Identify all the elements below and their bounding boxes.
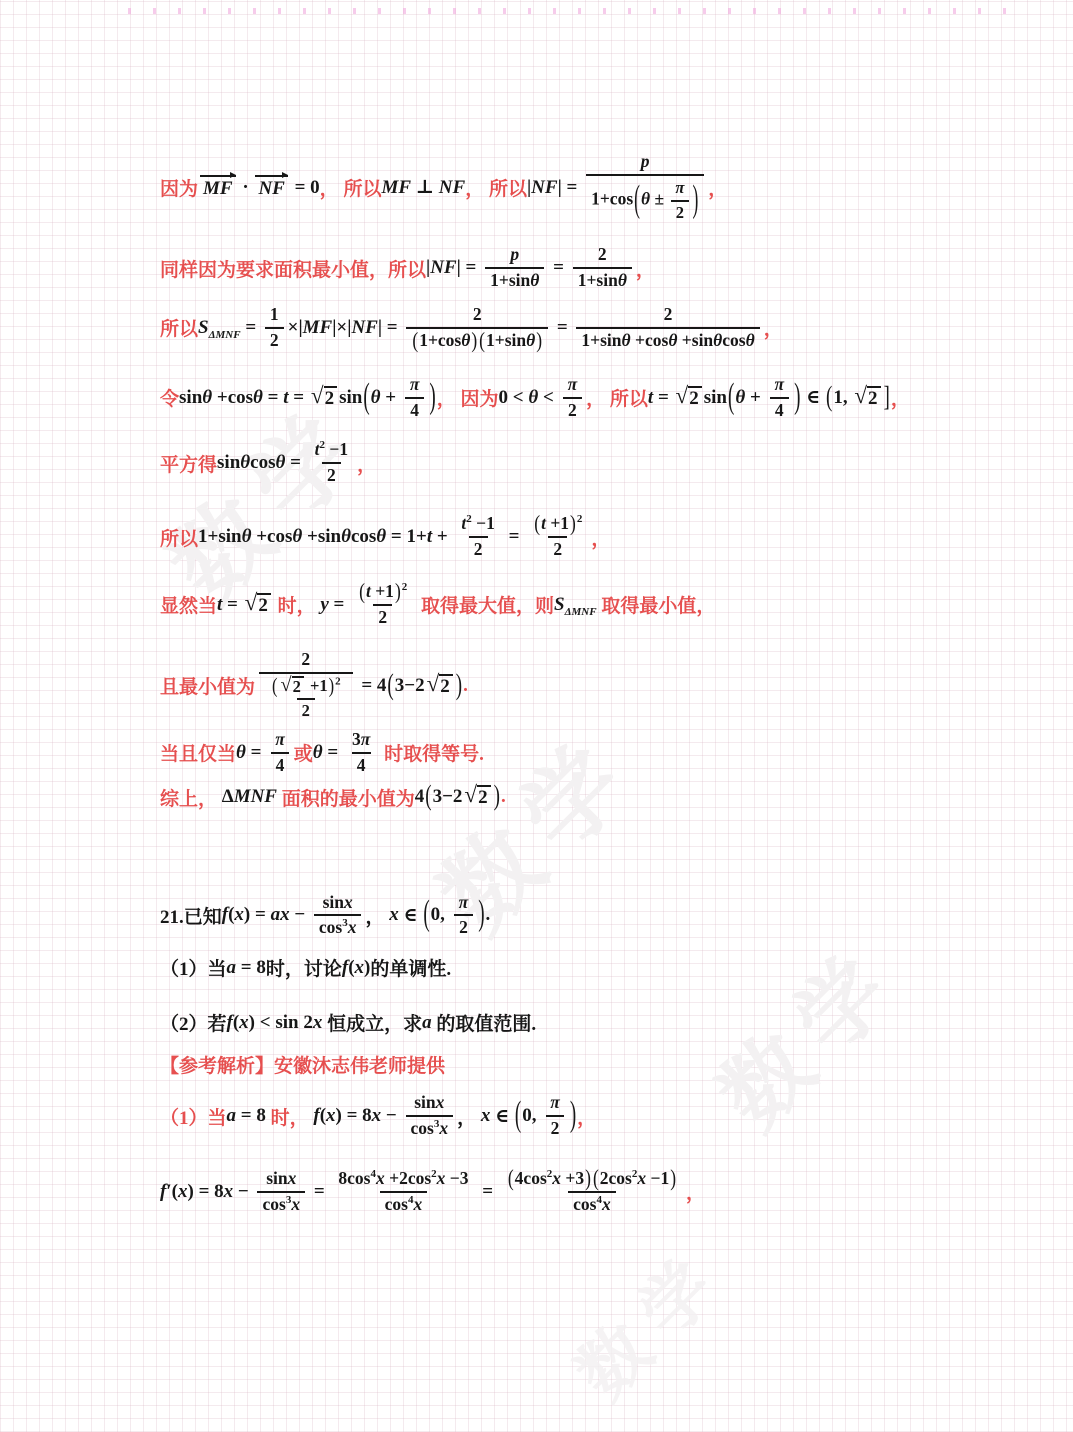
denominator: 2 (454, 914, 473, 940)
red-text: 所以 (610, 384, 648, 411)
fraction: 21+sinθ (573, 243, 632, 293)
fraction: π4 (770, 373, 790, 423)
math-text: 0, (431, 904, 450, 926)
document-content: 因为MF · NF = 0， 所以MF ⊥ NF， 所以|NF| = p1+co… (0, 0, 1073, 1217)
radical-sign-icon: √ (245, 593, 258, 617)
big-paren: ) (470, 327, 478, 354)
fraction: π2 (563, 373, 583, 423)
square-root: √2 (676, 386, 702, 410)
math-variable: θ (202, 387, 212, 409)
numerator: 2 (659, 303, 678, 327)
numerator: π (545, 1091, 565, 1115)
red-text: 所以 (489, 174, 527, 201)
math-variable: θ (341, 526, 351, 548)
math-text: +3 (561, 1168, 584, 1188)
denominator: 4 (271, 752, 290, 778)
math-variable: NF (430, 257, 456, 279)
math-variable: θ (618, 270, 627, 290)
radicand: 2 (324, 386, 338, 410)
math-variable: a (227, 1105, 237, 1127)
red-text: 平方得 (160, 450, 217, 477)
math-text: −1 (325, 439, 348, 459)
superscript: 2 (402, 581, 408, 593)
problem-21-part-1: （1）当a = 8时，讨论f(x)的单调性. (160, 954, 1043, 981)
math-text: 2 (676, 203, 684, 222)
math-variable: ax (271, 904, 290, 926)
big-paren: ) (793, 377, 801, 419)
numerator: (t +1)2 (353, 580, 412, 604)
math-text: ∈ (490, 1105, 514, 1128)
math-text: 2 (478, 787, 488, 808)
math-text: sin (217, 452, 240, 474)
math-text: 2 (258, 595, 268, 616)
denominator: 1+sinθ +cosθ +sinθcosθ (576, 327, 759, 353)
red-text: 所以 (343, 174, 381, 201)
math-text: cos (573, 1194, 596, 1214)
math-text: 2 (551, 1118, 560, 1138)
math-text: ) = (244, 904, 271, 926)
math-variable: θ (242, 526, 252, 548)
math-text: 21.已知 (160, 902, 222, 929)
math-text: + (432, 526, 452, 548)
math-text: 1, (833, 387, 852, 409)
math-text: = (222, 594, 242, 616)
numerator: π (770, 373, 790, 397)
math-text: ， (365, 902, 389, 929)
red-text: 时， (273, 591, 321, 618)
math-variable: MNF (234, 786, 277, 808)
red-text: 且最小值为 (160, 672, 255, 699)
big-paren: ] (883, 381, 891, 414)
subscript: ΔMNF (565, 607, 597, 618)
fraction: π4 (405, 373, 425, 423)
math-variable: MF (203, 178, 233, 199)
fraction: 2(1+cosθ)(1+sinθ) (406, 303, 548, 353)
denominator: cos3x (314, 914, 362, 940)
red-text: 当且仅当 (160, 739, 236, 766)
red-text: 综上， (160, 784, 222, 811)
math-text: cos (411, 1118, 434, 1138)
red-text: 时， (266, 1103, 314, 1130)
math-variable: π (550, 1092, 560, 1112)
numerator: sinx (409, 1091, 449, 1115)
big-paren: ( (633, 175, 641, 223)
big-paren: ) (569, 1095, 577, 1137)
denominator: cos3x (406, 1115, 454, 1141)
math-variable: p (510, 244, 519, 264)
big-paren: ) (455, 669, 463, 703)
numerator: 8cos4x +2cos2x −3 (333, 1167, 473, 1191)
numerator: π (270, 728, 290, 752)
radicand: 2 (688, 386, 702, 410)
big-paren: ( (422, 895, 430, 937)
numerator: 3π (347, 728, 375, 752)
math-text: +2cos (385, 1168, 431, 1188)
numerator: π (670, 177, 689, 200)
math-variable: θ (713, 330, 722, 350)
math-variable: π (775, 374, 785, 394)
part-1-solution-start: （1）当a = 8 时， f(x) = 8x − sinxcos3x， x ∈ … (160, 1091, 1043, 1141)
math-text: 2 (440, 676, 450, 697)
math-text: . (486, 904, 491, 926)
math-text: |×| (332, 317, 351, 339)
big-paren: ( (825, 381, 833, 414)
red-text: 因为 (461, 384, 499, 411)
math-text: = (329, 594, 349, 616)
math-text: 4 (415, 786, 425, 808)
math-text: cos (250, 452, 275, 474)
red-text: ， (320, 174, 344, 201)
red-text: ， (577, 1103, 596, 1130)
square-root: √2 (245, 593, 271, 617)
square-root: √2 (464, 785, 490, 809)
fraction: 2(√2 +1)22 (259, 648, 353, 724)
math-text: = 1+ (386, 526, 427, 548)
math-text: = (478, 1181, 498, 1203)
math-text: = (653, 387, 673, 409)
math-variable: x (344, 892, 353, 912)
watermark: 数学 (550, 1223, 746, 1419)
math-text: 2 (473, 304, 482, 324)
math-text: 1+sin (578, 270, 618, 290)
denominator: 1+sinθ (485, 267, 544, 293)
radicand: 2 (439, 674, 453, 698)
fraction: p1+sinθ (485, 243, 544, 293)
solution-line-7: 显然当t = √2 时， y = (t +1)22 取得最大值，则SΔMNF 取… (160, 580, 1043, 630)
math-text: = (289, 387, 309, 409)
problem-21-statement: 21.已知f(x) = ax − sinxcos3x， x ∈ (0, π2). (160, 891, 1043, 941)
big-paren: ( (271, 672, 279, 699)
derivative-line: f′(x) = 8x − sinxcos3x = 8cos4x +2cos2x … (160, 1167, 1043, 1217)
math-variable: x (481, 1105, 491, 1127)
red-text: ， (357, 450, 376, 477)
math-text: ) < sin 2 (249, 1012, 313, 1034)
math-variable: x (552, 1168, 561, 1188)
denominator: cos4x (568, 1191, 616, 1217)
big-paren: ) (569, 510, 577, 537)
math-text: cos (262, 1194, 285, 1214)
math-text: 1+sin (490, 270, 530, 290)
math-text: 2 (293, 677, 301, 696)
solution-line-9: 当且仅当θ = π4或θ = 3π4 时取得等号. (160, 728, 1043, 778)
math-text: 2 (302, 701, 310, 720)
math-variable: θ (746, 330, 755, 350)
math-variable: x (288, 1168, 297, 1188)
numerator: (√2 +1)2 (266, 675, 346, 699)
math-text: cos (351, 526, 376, 548)
red-text: 所以 (160, 524, 198, 551)
denominator: cos4x (380, 1191, 428, 1217)
math-text: 4 (775, 400, 784, 420)
big-paren: ) (428, 377, 436, 419)
fraction: π2 (545, 1091, 565, 1141)
math-variable: θ (622, 330, 631, 350)
solution-line-6: 所以1+sinθ +cosθ +sinθcosθ = 1+t + t2 −12 … (160, 512, 1043, 562)
math-text: 8cos (338, 1168, 370, 1188)
math-variable: x (413, 1194, 422, 1214)
big-paren: ( (362, 377, 370, 419)
math-variable: x (637, 1168, 646, 1188)
math-variable: π (675, 178, 684, 197)
math-text: 2 (378, 607, 387, 627)
red-text: ， (591, 524, 610, 551)
math-text: 2 (664, 304, 673, 324)
math-variable: θ (292, 526, 302, 548)
math-variable: π (361, 729, 371, 749)
red-text: ， (437, 384, 461, 411)
math-variable: MF (303, 317, 333, 339)
math-text: = (263, 387, 283, 409)
big-paren: ( (358, 578, 366, 605)
math-text: < (538, 387, 558, 409)
math-text: +cos (631, 330, 669, 350)
math-text: 4 (357, 755, 366, 775)
numerator: sinx (261, 1167, 301, 1191)
document-page: 数学 数学 数学 数学 因为MF · NF = 0， 所以MF ⊥ NF， 所以… (0, 0, 1073, 1432)
denominator: 2 (322, 462, 341, 488)
math-variable: x (602, 1194, 611, 1214)
math-text: （1）当 (160, 954, 227, 981)
red-text: 【参考解析】安徽沐志伟老师提供 (160, 1051, 445, 1078)
math-text: 的单调性. (370, 954, 451, 981)
denominator: 2 (546, 1115, 565, 1141)
math-text: = (309, 1181, 329, 1203)
radical-sign-icon: √ (281, 676, 292, 697)
red-text: ， (891, 384, 910, 411)
math-variable: θ (376, 526, 386, 548)
red-text: 所以 (160, 314, 198, 341)
math-text: 时，讨论 (266, 954, 342, 981)
math-variable: x (372, 1105, 382, 1127)
math-text: 1+cos (591, 189, 633, 209)
red-text: 面积的最小值为 (277, 784, 415, 811)
math-variable: NF (351, 317, 377, 339)
math-text: ) = 8 (188, 1181, 224, 1203)
numerator: (t +1)2 (528, 512, 587, 536)
math-text: | = (457, 257, 482, 279)
math-text: = (241, 317, 261, 339)
numerator: 2 (593, 243, 612, 267)
math-variable: S (554, 594, 565, 616)
numerator: π (563, 373, 583, 397)
math-text: cos (319, 917, 342, 937)
solution-line-3: 所以SΔMNF = 12×|MF|×|NF| = 2(1+cosθ)(1+sin… (160, 303, 1043, 353)
radical-sign-icon: √ (427, 674, 440, 698)
math-variable: y (320, 594, 328, 616)
math-text: − (233, 1181, 253, 1203)
math-text: ×| (288, 317, 303, 339)
math-variable: x (224, 1181, 234, 1203)
numerator: p (505, 243, 524, 267)
math-text: = 4 (357, 675, 387, 697)
fraction: sinxcos3x (314, 891, 362, 941)
math-text: 2 (459, 917, 468, 937)
denominator: 2 (671, 200, 689, 225)
math-variable: p (641, 151, 650, 171)
square-root: √2 (311, 386, 337, 410)
red-text: 同样因为要求面积最小值，所以 (160, 255, 426, 282)
solution-line-2: 同样因为要求面积最小值，所以|NF| = p1+sinθ = 21+sinθ， (160, 243, 1043, 293)
math-text: sin (179, 387, 202, 409)
numerator: t2 −1 (456, 512, 499, 536)
big-paren: ( (478, 327, 486, 354)
denominator: (√2 +1)22 (259, 672, 353, 724)
big-paren: ( (411, 327, 419, 354)
math-variable: θ (641, 189, 650, 209)
square-root: √2 (281, 676, 304, 697)
fraction: 12 (265, 303, 284, 353)
math-text: 0, (522, 1105, 541, 1127)
problem-21-part-2: （2）若f(x) < sin 2x 恒成立，求a 的取值范围. (160, 1009, 1043, 1036)
math-variable: x (291, 1194, 300, 1214)
math-text: Δ (222, 786, 234, 808)
solution-line-1: 因为MF · NF = 0， 所以MF ⊥ NF， 所以|NF| = p1+co… (160, 150, 1043, 225)
fraction: (√2 +1)22 (266, 675, 346, 723)
math-variable: x (376, 1168, 385, 1188)
math-text: 1+sin (198, 526, 242, 548)
math-variable: S (198, 317, 209, 339)
math-variable: θ (240, 452, 250, 474)
math-text: 2 (327, 465, 336, 485)
numerator: p (636, 150, 655, 174)
math-text: 2 (474, 539, 483, 559)
math-variable: NF (531, 177, 557, 199)
math-text: 4cos (515, 1168, 547, 1188)
numerator: (4cos2x +3)(2cos2x −1) (502, 1167, 682, 1191)
red-text: 时取得等号. (379, 739, 484, 766)
math-variable: x (313, 1012, 323, 1034)
math-text: +1 (371, 581, 394, 601)
math-text: ) = 8 (336, 1105, 372, 1127)
denominator: 2 (469, 536, 488, 562)
math-text: 2 (553, 539, 562, 559)
red-text: ， (764, 314, 783, 341)
math-text: − (290, 904, 310, 926)
math-text: +cos (251, 526, 292, 548)
math-text: = (246, 742, 266, 764)
math-text: cos (722, 330, 745, 350)
red-text: ， (586, 384, 610, 411)
math-text: | = (558, 177, 583, 199)
math-variable: θ (236, 742, 246, 764)
big-paren: ( (533, 510, 541, 537)
math-text: 4 (276, 755, 285, 775)
radicand: 2 (257, 593, 271, 617)
denominator: 4 (405, 397, 424, 423)
math-text: 4 (410, 400, 419, 420)
math-text: +sin (302, 526, 341, 548)
math-text: ′( (166, 1181, 178, 1203)
solution-line-8: 且最小值为2(√2 +1)22 = 4(3−2√2). (160, 648, 1043, 724)
denominator: 4 (352, 752, 371, 778)
fraction: p1+cos(θ ± π2) (586, 150, 704, 225)
vector-overline: MF (200, 175, 236, 200)
numerator: π (405, 373, 425, 397)
math-variable: π (410, 374, 420, 394)
math-text: = (285, 452, 305, 474)
math-text: = 0 (290, 177, 320, 199)
denominator: 1+sinθ (573, 267, 632, 293)
math-text: +1 (546, 513, 569, 533)
radicand: 2 (867, 386, 881, 410)
fraction: (t +1)22 (528, 512, 587, 562)
math-text: cos (385, 1194, 408, 1214)
math-variable: MF (381, 177, 411, 199)
math-text: = (504, 526, 524, 548)
superscript: 2 (335, 675, 341, 687)
math-variable: θ (461, 330, 470, 350)
denominator: 2 (265, 327, 284, 353)
math-text: sin (266, 1168, 287, 1188)
math-text: = (323, 742, 343, 764)
math-variable: θ (313, 742, 323, 764)
math-variable: x (234, 904, 244, 926)
fraction: 21+sinθ +cosθ +sinθcosθ (576, 303, 759, 353)
red-text: ， (686, 1178, 705, 1205)
reference-analysis-header: 【参考解析】安徽沐志伟老师提供 (160, 1051, 1043, 1078)
numerator: 2 (296, 648, 315, 672)
math-variable: NF (439, 177, 465, 199)
math-text: = (548, 257, 568, 279)
solution-line-4: 令sinθ +cosθ = t = √2sin(θ + π4)， 因为0 < θ… (160, 373, 1043, 423)
math-variable: π (275, 729, 285, 749)
square-root: √2 (854, 386, 880, 410)
math-text: 3−2 (433, 786, 463, 808)
math-text: ∈ (399, 904, 423, 927)
math-text: 3−2 (395, 675, 425, 697)
red-text: . (501, 786, 506, 808)
math-text: ± (650, 189, 668, 209)
fraction: sinxcos3x (257, 1167, 305, 1217)
math-text: · (238, 177, 254, 199)
math-text: +sin (677, 330, 713, 350)
red-text: . (463, 675, 468, 697)
superscript: 2 (577, 513, 583, 525)
math-text: 2cos (600, 1168, 632, 1188)
solution-line-5: 平方得sinθcosθ = t2 −12， (160, 438, 1043, 488)
math-variable: θ (526, 330, 535, 350)
big-paren: ( (592, 1165, 600, 1193)
big-paren: ) (328, 672, 336, 699)
math-variable: θ (371, 387, 381, 409)
math-variable: a (422, 1012, 432, 1034)
math-variable: NF (258, 178, 284, 199)
math-variable: θ (530, 270, 539, 290)
math-text: −1 (472, 513, 495, 533)
math-text: 1+sin (581, 330, 621, 350)
math-variable: x (348, 917, 357, 937)
radical-sign-icon: √ (854, 386, 867, 410)
denominator: 4 (770, 397, 789, 423)
math-variable: x (178, 1181, 188, 1203)
fraction: (4cos2x +3)(2cos2x −1)cos4x (502, 1167, 682, 1217)
red-text: ， (708, 174, 727, 201)
math-text: sin (704, 387, 727, 409)
math-text: ∈ (801, 386, 825, 409)
math-text: 恒成立，求 (322, 1009, 422, 1036)
math-variable: x (326, 1105, 336, 1127)
math-text: sin (339, 387, 362, 409)
math-text: 2 (270, 330, 279, 350)
denominator: 1+cos(θ ± π2) (586, 174, 704, 225)
math-variable: θ (253, 387, 263, 409)
red-text: （1）当 (160, 1103, 227, 1130)
denominator: 2 (563, 397, 582, 423)
big-paren: ) (584, 1165, 592, 1193)
fraction: t2 −12 (456, 512, 499, 562)
math-text: − (381, 1105, 401, 1127)
subscript: ΔMNF (209, 330, 241, 341)
